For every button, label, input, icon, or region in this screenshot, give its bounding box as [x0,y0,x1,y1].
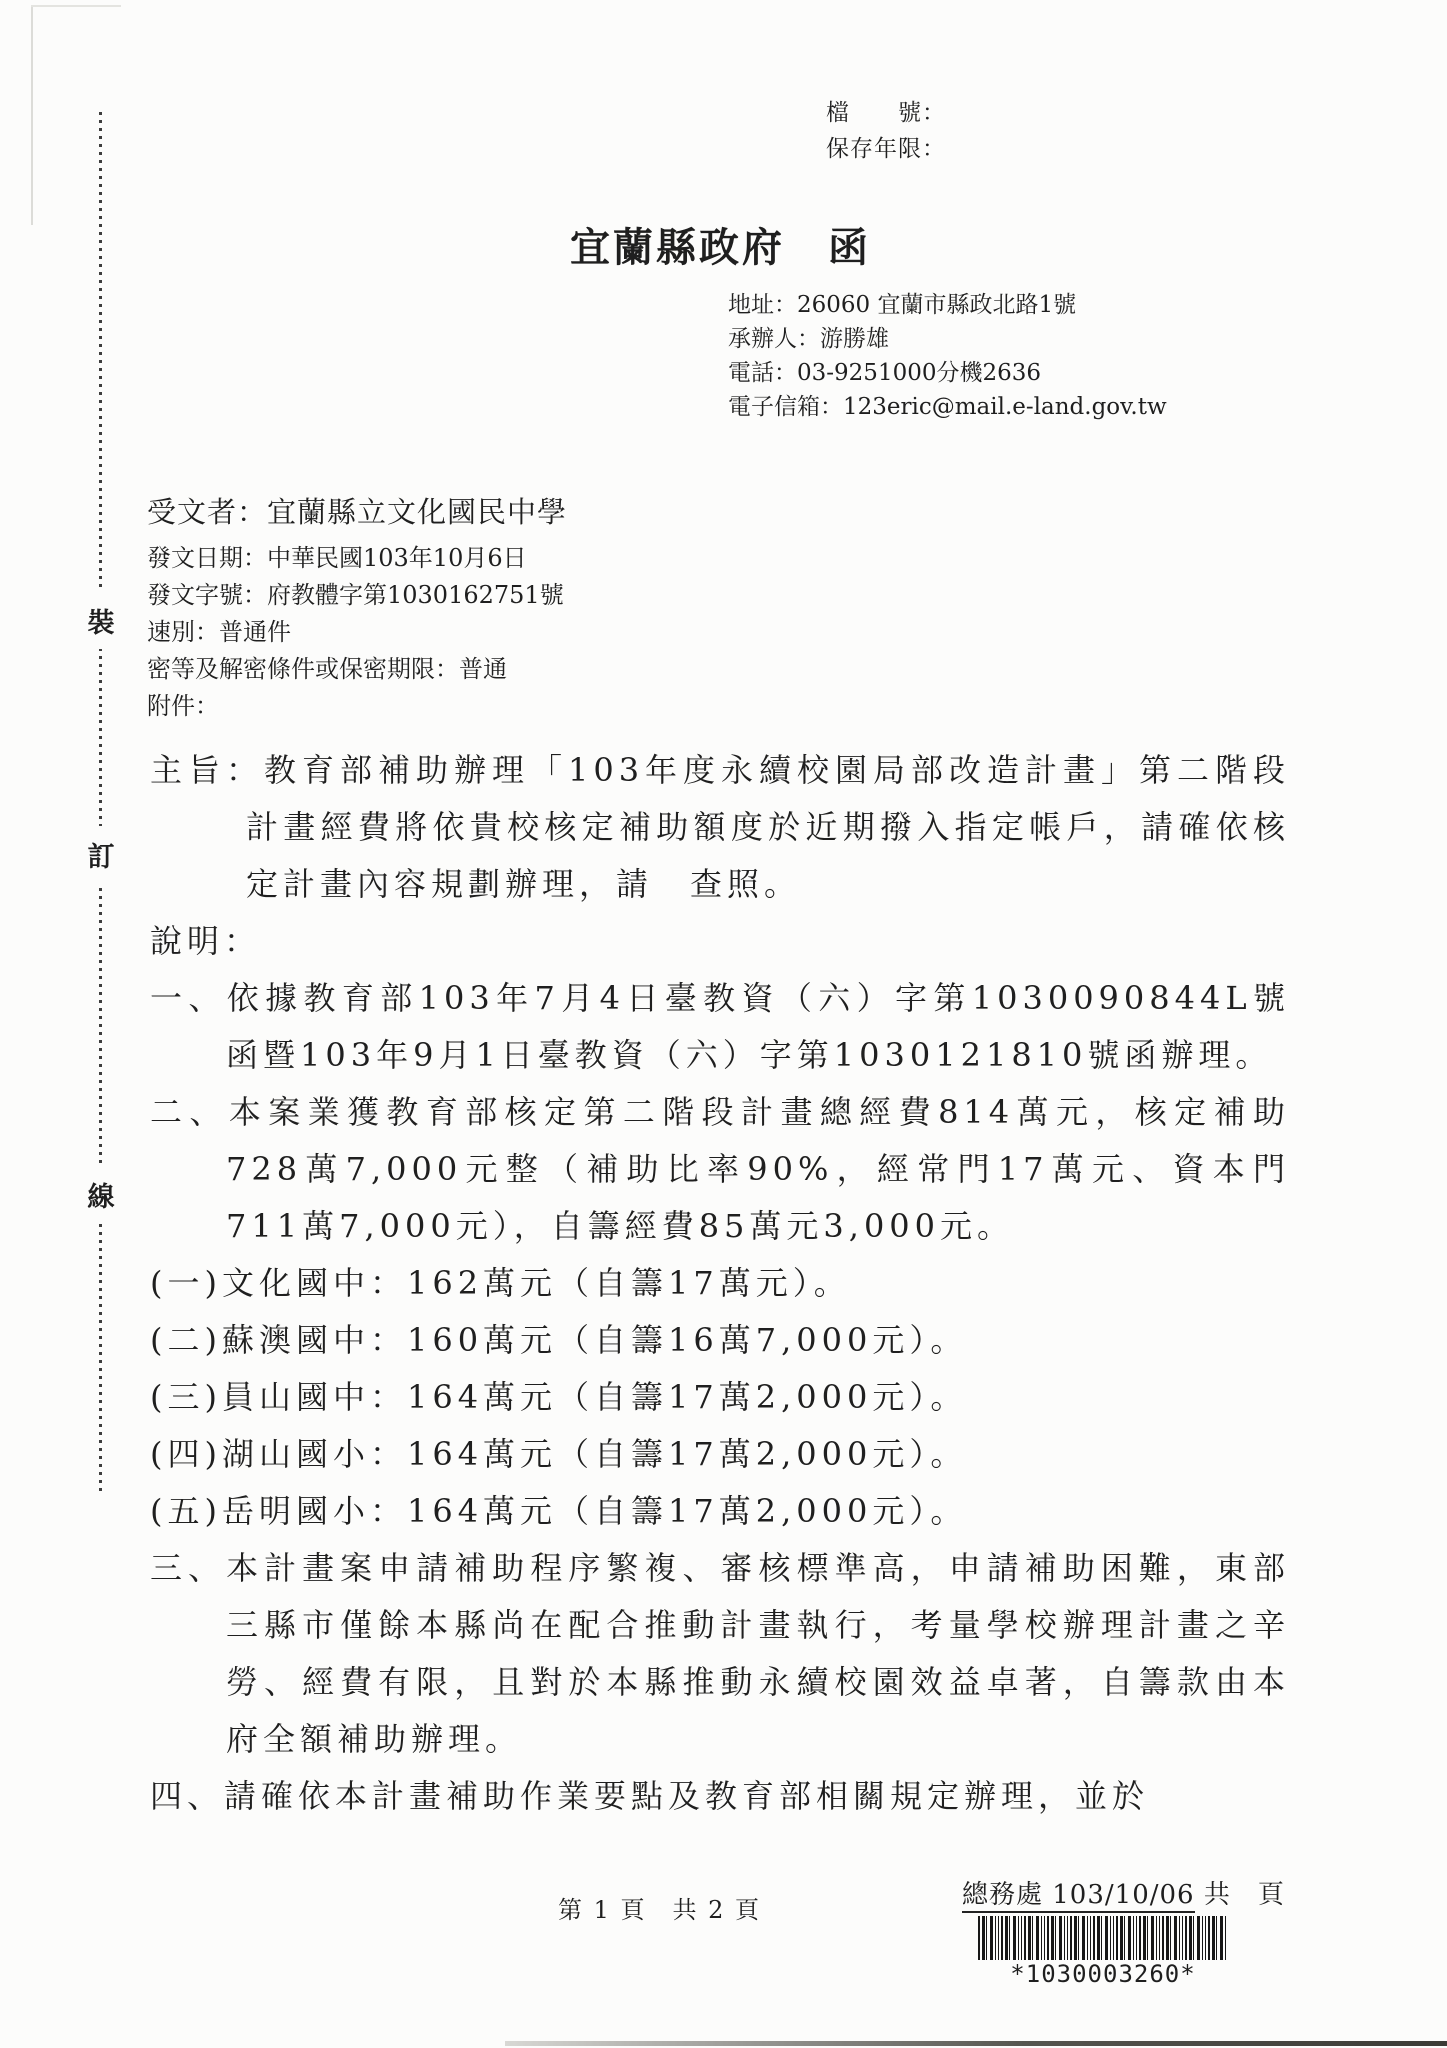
item-number: 四、 [150,1777,224,1815]
explanation-label: 說明： [150,913,1290,970]
explanation-subitem: (三)員山國中：164萬元（自籌17萬2,000元）。 [150,1369,1290,1426]
explanation-subitem: (四)湖山國小：164萬元（自籌17萬2,000元）。 [150,1426,1290,1483]
scan-edge-artifact [505,2041,1447,2046]
retention-label: 保存年限： [826,131,946,167]
explanation-item: 三、本計畫案申請補助程序繁複、審核標準高，申請補助困難，東部三縣市僅餘本縣尚在配… [150,1540,1290,1768]
stamp-office-line: 總務處 103/10/06 共 頁 [962,1874,1332,1911]
file-number-label: 檔 號： [826,95,946,131]
recipient-line: 受文者：宜蘭縣立文化國民中學 [147,490,567,531]
stamp-block: 總務處 103/10/06 共 頁 *1030003260* [962,1874,1332,1988]
explanation-item: 四、請確依本計畫補助作業要點及教育部相關規定辦理，並於 [150,1768,1290,1825]
binding-mark-zhuang: 裝 [82,592,120,649]
document-body: 主旨：教育部補助辦理「103年度永續校園局部改造計畫」第二階段計畫經費將依貴校核… [150,742,1290,1825]
binding-dotted-line [99,112,102,1492]
binding-mark-xian: 線 [82,1166,120,1223]
item-number: 三、 [150,1549,226,1587]
scan-edge-artifact [31,5,121,7]
explanation-item: 一、依據教育部103年7月4日臺教資（六）字第1030090844L號函暨103… [150,970,1290,1084]
email-line: 電子信箱：123eric@mail.e-land.gov.tw [728,390,1167,424]
binding-mark-ding: 訂 [82,826,120,883]
subject-text: 教育部補助辦理「103年度永續校園局部改造計畫」第二階段計畫經費將依貴校核定補助… [246,751,1290,903]
barcode [978,1916,1228,1960]
address-line: 地址：26060 宜蘭市縣政北路1號 [728,288,1167,322]
explanation-item: 二、本案業獲教育部核定第二階段計畫總經費814萬元，核定補助728萬7,000元… [150,1084,1290,1255]
classification-line: 密等及解密條件或保密期限：普通 [147,651,564,688]
explanation-subitem: (五)岳明國小：164萬元（自籌17萬2,000元）。 [150,1483,1290,1540]
phone-line: 電話：03-9251000分機2636 [728,356,1167,390]
document-title: 宜蘭縣政府 函 [570,216,871,273]
document-page: 檔 號： 保存年限： 宜蘭縣政府 函 地址：26060 宜蘭市縣政北路1號 承辦… [0,0,1447,2048]
contact-person-line: 承辦人：游勝雄 [728,322,1167,356]
file-number-block: 檔 號： 保存年限： [826,95,946,167]
item-number: 一、 [150,979,227,1017]
explanation-subitem: (一)文化國中：162萬元（自籌17萬元）。 [150,1255,1290,1312]
subject-paragraph: 主旨：教育部補助辦理「103年度永續校園局部改造計畫」第二階段計畫經費將依貴校核… [150,742,1290,913]
stamp-pages: 共 頁 [1195,1880,1285,1910]
meta-block: 發文日期：中華民國103年10月6日 發文字號：府教體字第1030162751號… [147,540,564,725]
speed-line: 速別：普通件 [147,614,564,651]
scan-edge-artifact [31,5,33,225]
page-number: 第 1 頁 共 2 頁 [558,1890,761,1925]
explanation-subitem: (二)蘇澳國中：160萬元（自籌16萬7,000元）。 [150,1312,1290,1369]
explanation-items: 一、依據教育部103年7月4日臺教資（六）字第1030090844L號函暨103… [150,970,1290,1825]
attachment-line: 附件： [147,688,564,725]
doc-number-line: 發文字號：府教體字第1030162751號 [147,577,564,614]
contact-block: 地址：26060 宜蘭市縣政北路1號 承辦人：游勝雄 電話：03-9251000… [728,288,1167,424]
issue-date-line: 發文日期：中華民國103年10月6日 [147,540,564,577]
stamp-office-date: 總務處 103/10/06 [962,1880,1195,1913]
subject-label: 主旨： [150,751,264,789]
barcode-text: *1030003260* [978,1960,1228,1988]
item-number: 二、 [150,1093,229,1131]
